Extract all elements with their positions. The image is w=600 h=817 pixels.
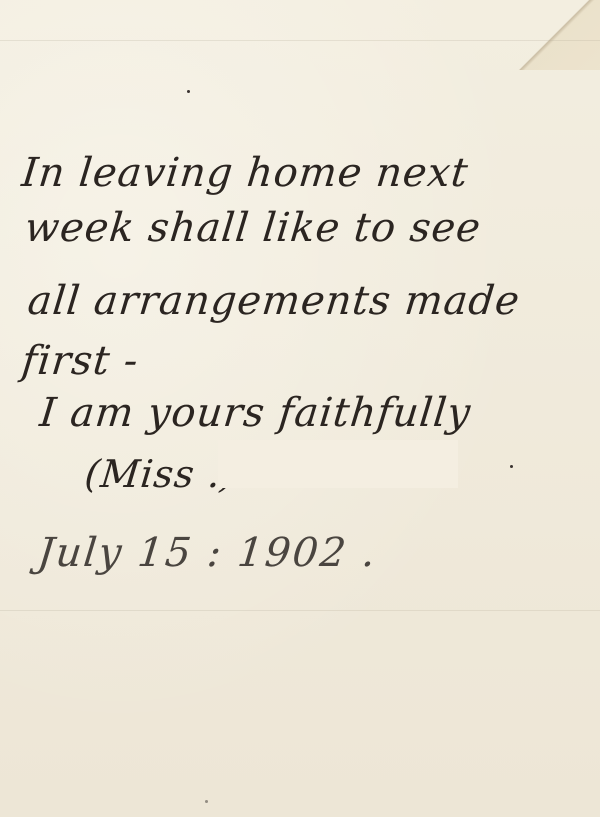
letter-line: In leaving home next (20, 150, 471, 196)
closing-line: I am yours faithfully (38, 390, 474, 436)
letter-date: July 15 : 1902 . (36, 530, 380, 576)
letter-line: all arrangements made (26, 278, 523, 324)
redacted-name (218, 440, 458, 488)
ink-speck (510, 465, 513, 468)
letter-page: In leaving home next week shall like to … (0, 0, 600, 817)
paper-crease (0, 610, 600, 611)
letter-line: first - (20, 338, 141, 384)
signature: (Miss .) (83, 452, 239, 496)
ink-speck (187, 90, 190, 93)
folded-corner (510, 0, 600, 70)
letter-line: week shall like to see (23, 205, 484, 251)
paper-crease (0, 40, 600, 41)
ink-speck (205, 800, 208, 803)
